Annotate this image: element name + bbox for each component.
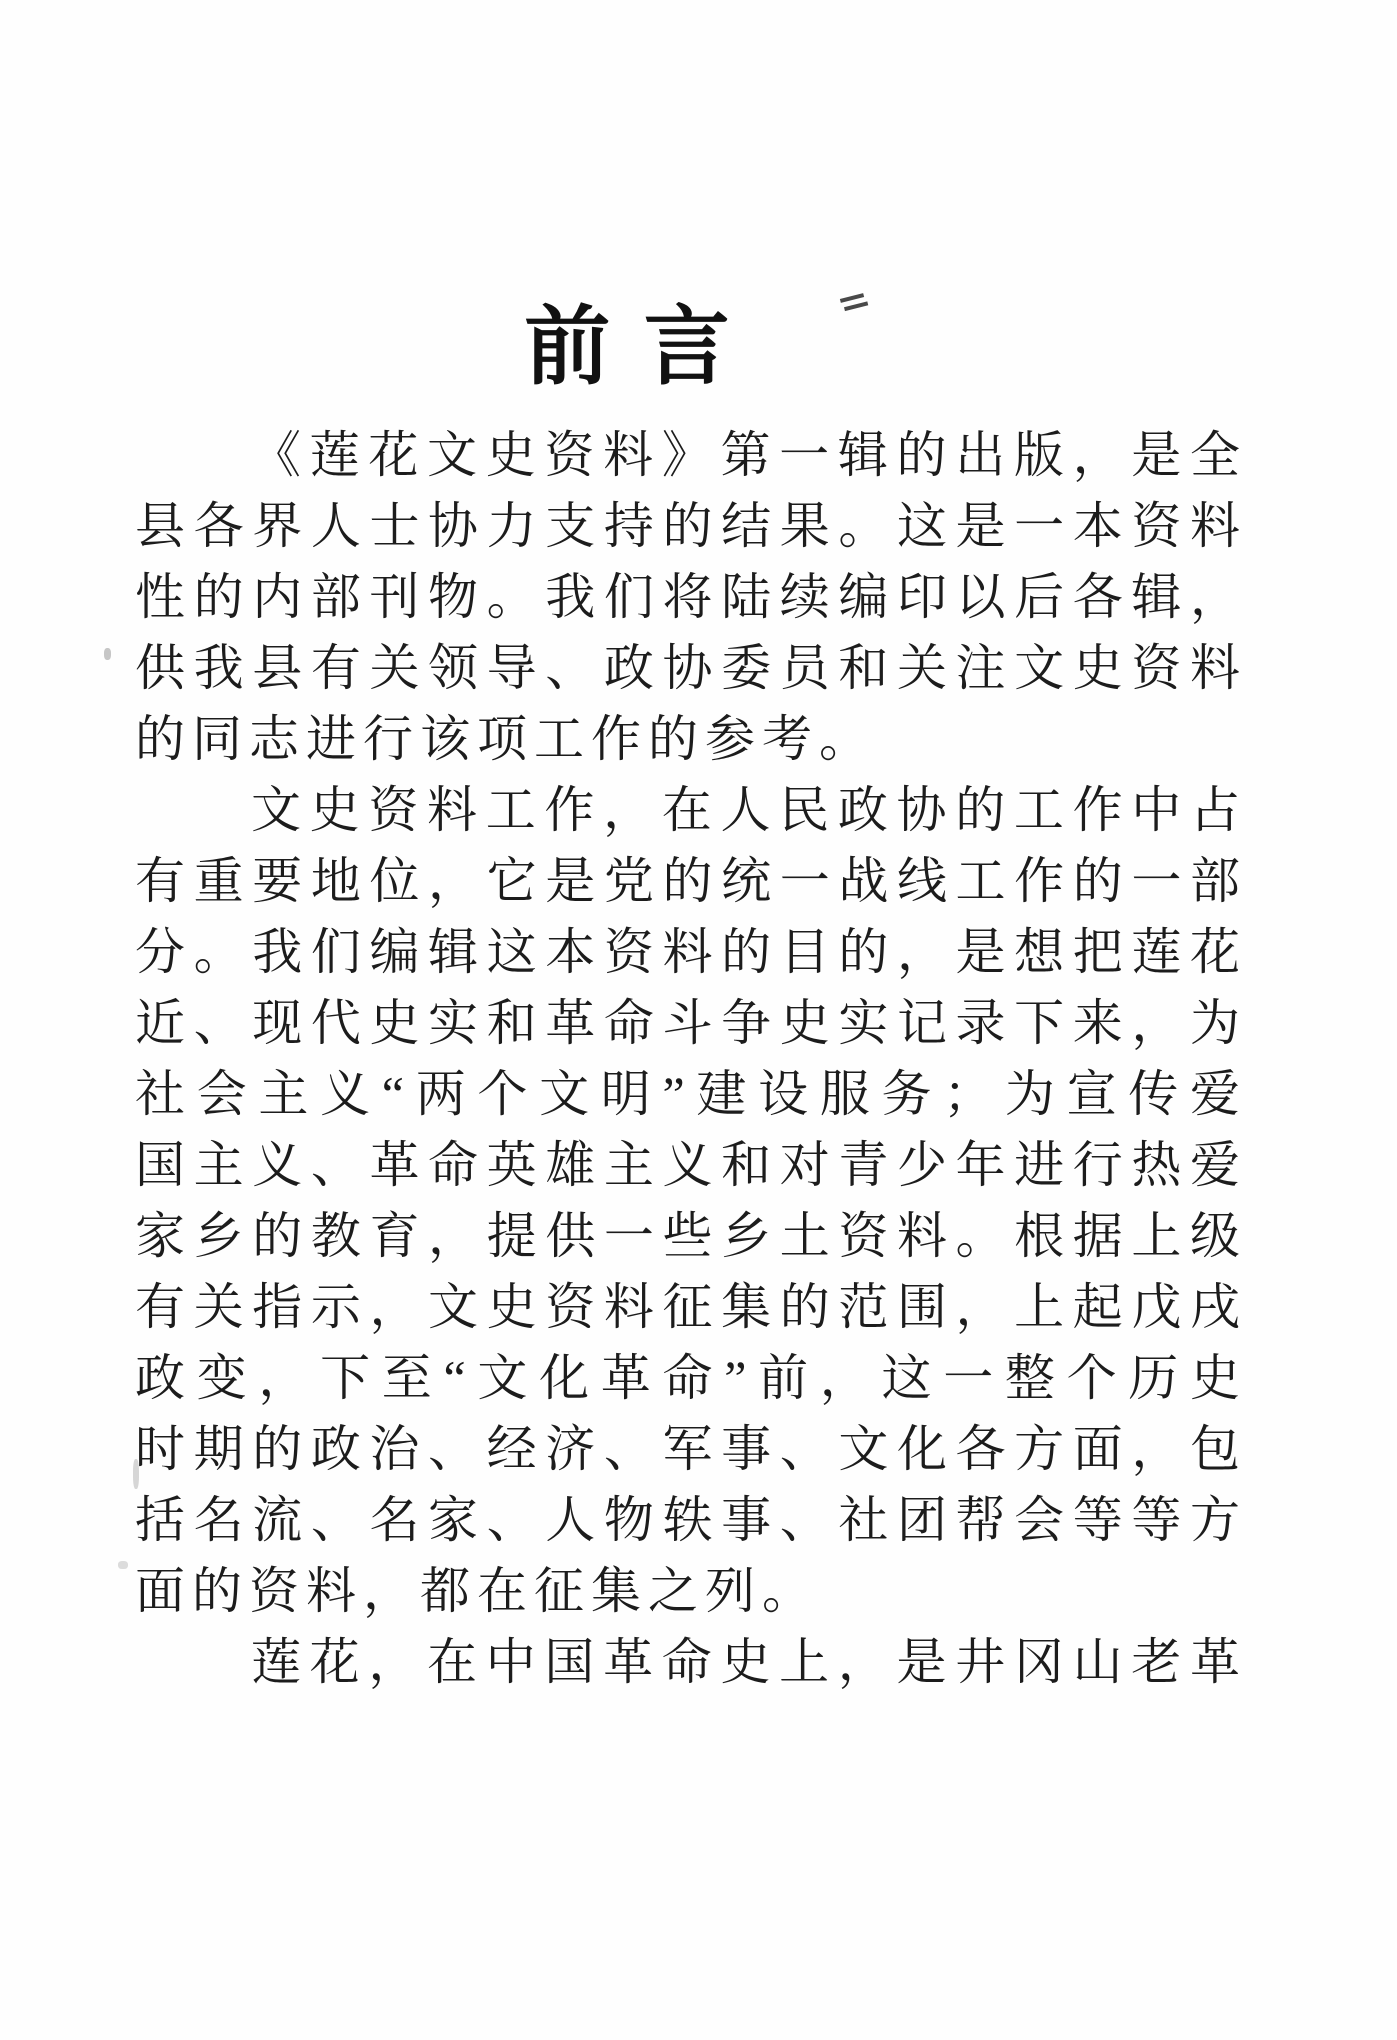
scan-artifact-mark <box>840 293 864 303</box>
text-line: 县各界人士协力支持的结果。这是一本资料 <box>135 491 1240 562</box>
text-line: 《莲花文史资料》第一辑的出版，是全 <box>135 420 1240 491</box>
text-line: 的同志进行该项工作的参考。 <box>135 704 1240 775</box>
paragraph-2: 文史资料工作，在人民政协的工作中占 有重要地位，它是党的统一战线工作的一部 分。… <box>135 775 1240 1627</box>
text-line: 家乡的教育，提供一些乡土资料。根据上级 <box>135 1201 1240 1272</box>
text-line: 近、现代史实和革命斗争史实记录下来，为 <box>135 988 1240 1059</box>
text-line: 括名流、名家、人物轶事、社团帮会等等方 <box>135 1485 1240 1556</box>
body-text: 《莲花文史资料》第一辑的出版，是全 县各界人士协力支持的结果。这是一本资料 性的… <box>135 420 1240 1698</box>
text-line: 有重要地位，它是党的统一战线工作的一部 <box>135 846 1240 917</box>
text-line: 供我县有关领导、政协委员和关注文史资料 <box>135 633 1240 704</box>
text-line: 时期的政治、经济、军事、文化各方面，包 <box>135 1414 1240 1485</box>
text-line: 社会主义“两个文明”建设服务；为宣传爱 <box>135 1059 1240 1130</box>
page-title: 前 言 <box>0 304 1260 390</box>
scan-speck <box>104 648 111 660</box>
text-line: 政变，下至“文化革命”前，这一整个历史 <box>135 1343 1240 1414</box>
text-line: 性的内部刊物。我们将陆续编印以后各辑， <box>135 562 1240 633</box>
text-line: 面的资料，都在征集之列。 <box>135 1556 1240 1627</box>
text-line: 有关指示，文史资料征集的范围，上起戊戌 <box>135 1272 1240 1343</box>
text-line: 分。我们编辑这本资料的目的，是想把莲花 <box>135 917 1240 988</box>
text-line: 莲花，在中国革命史上，是井冈山老革 <box>135 1627 1240 1698</box>
scan-speck <box>118 1561 128 1569</box>
paragraph-1: 《莲花文史资料》第一辑的出版，是全 县各界人士协力支持的结果。这是一本资料 性的… <box>135 420 1240 775</box>
paragraph-3: 莲花，在中国革命史上，是井冈山老革 <box>135 1627 1240 1698</box>
text-line: 文史资料工作，在人民政协的工作中占 <box>135 775 1240 846</box>
scanned-page: 前 言 《莲花文史资料》第一辑的出版，是全 县各界人士协力支持的结果。这是一本资… <box>0 0 1397 2040</box>
text-line: 国主义、革命英雄主义和对青少年进行热爱 <box>135 1130 1240 1201</box>
